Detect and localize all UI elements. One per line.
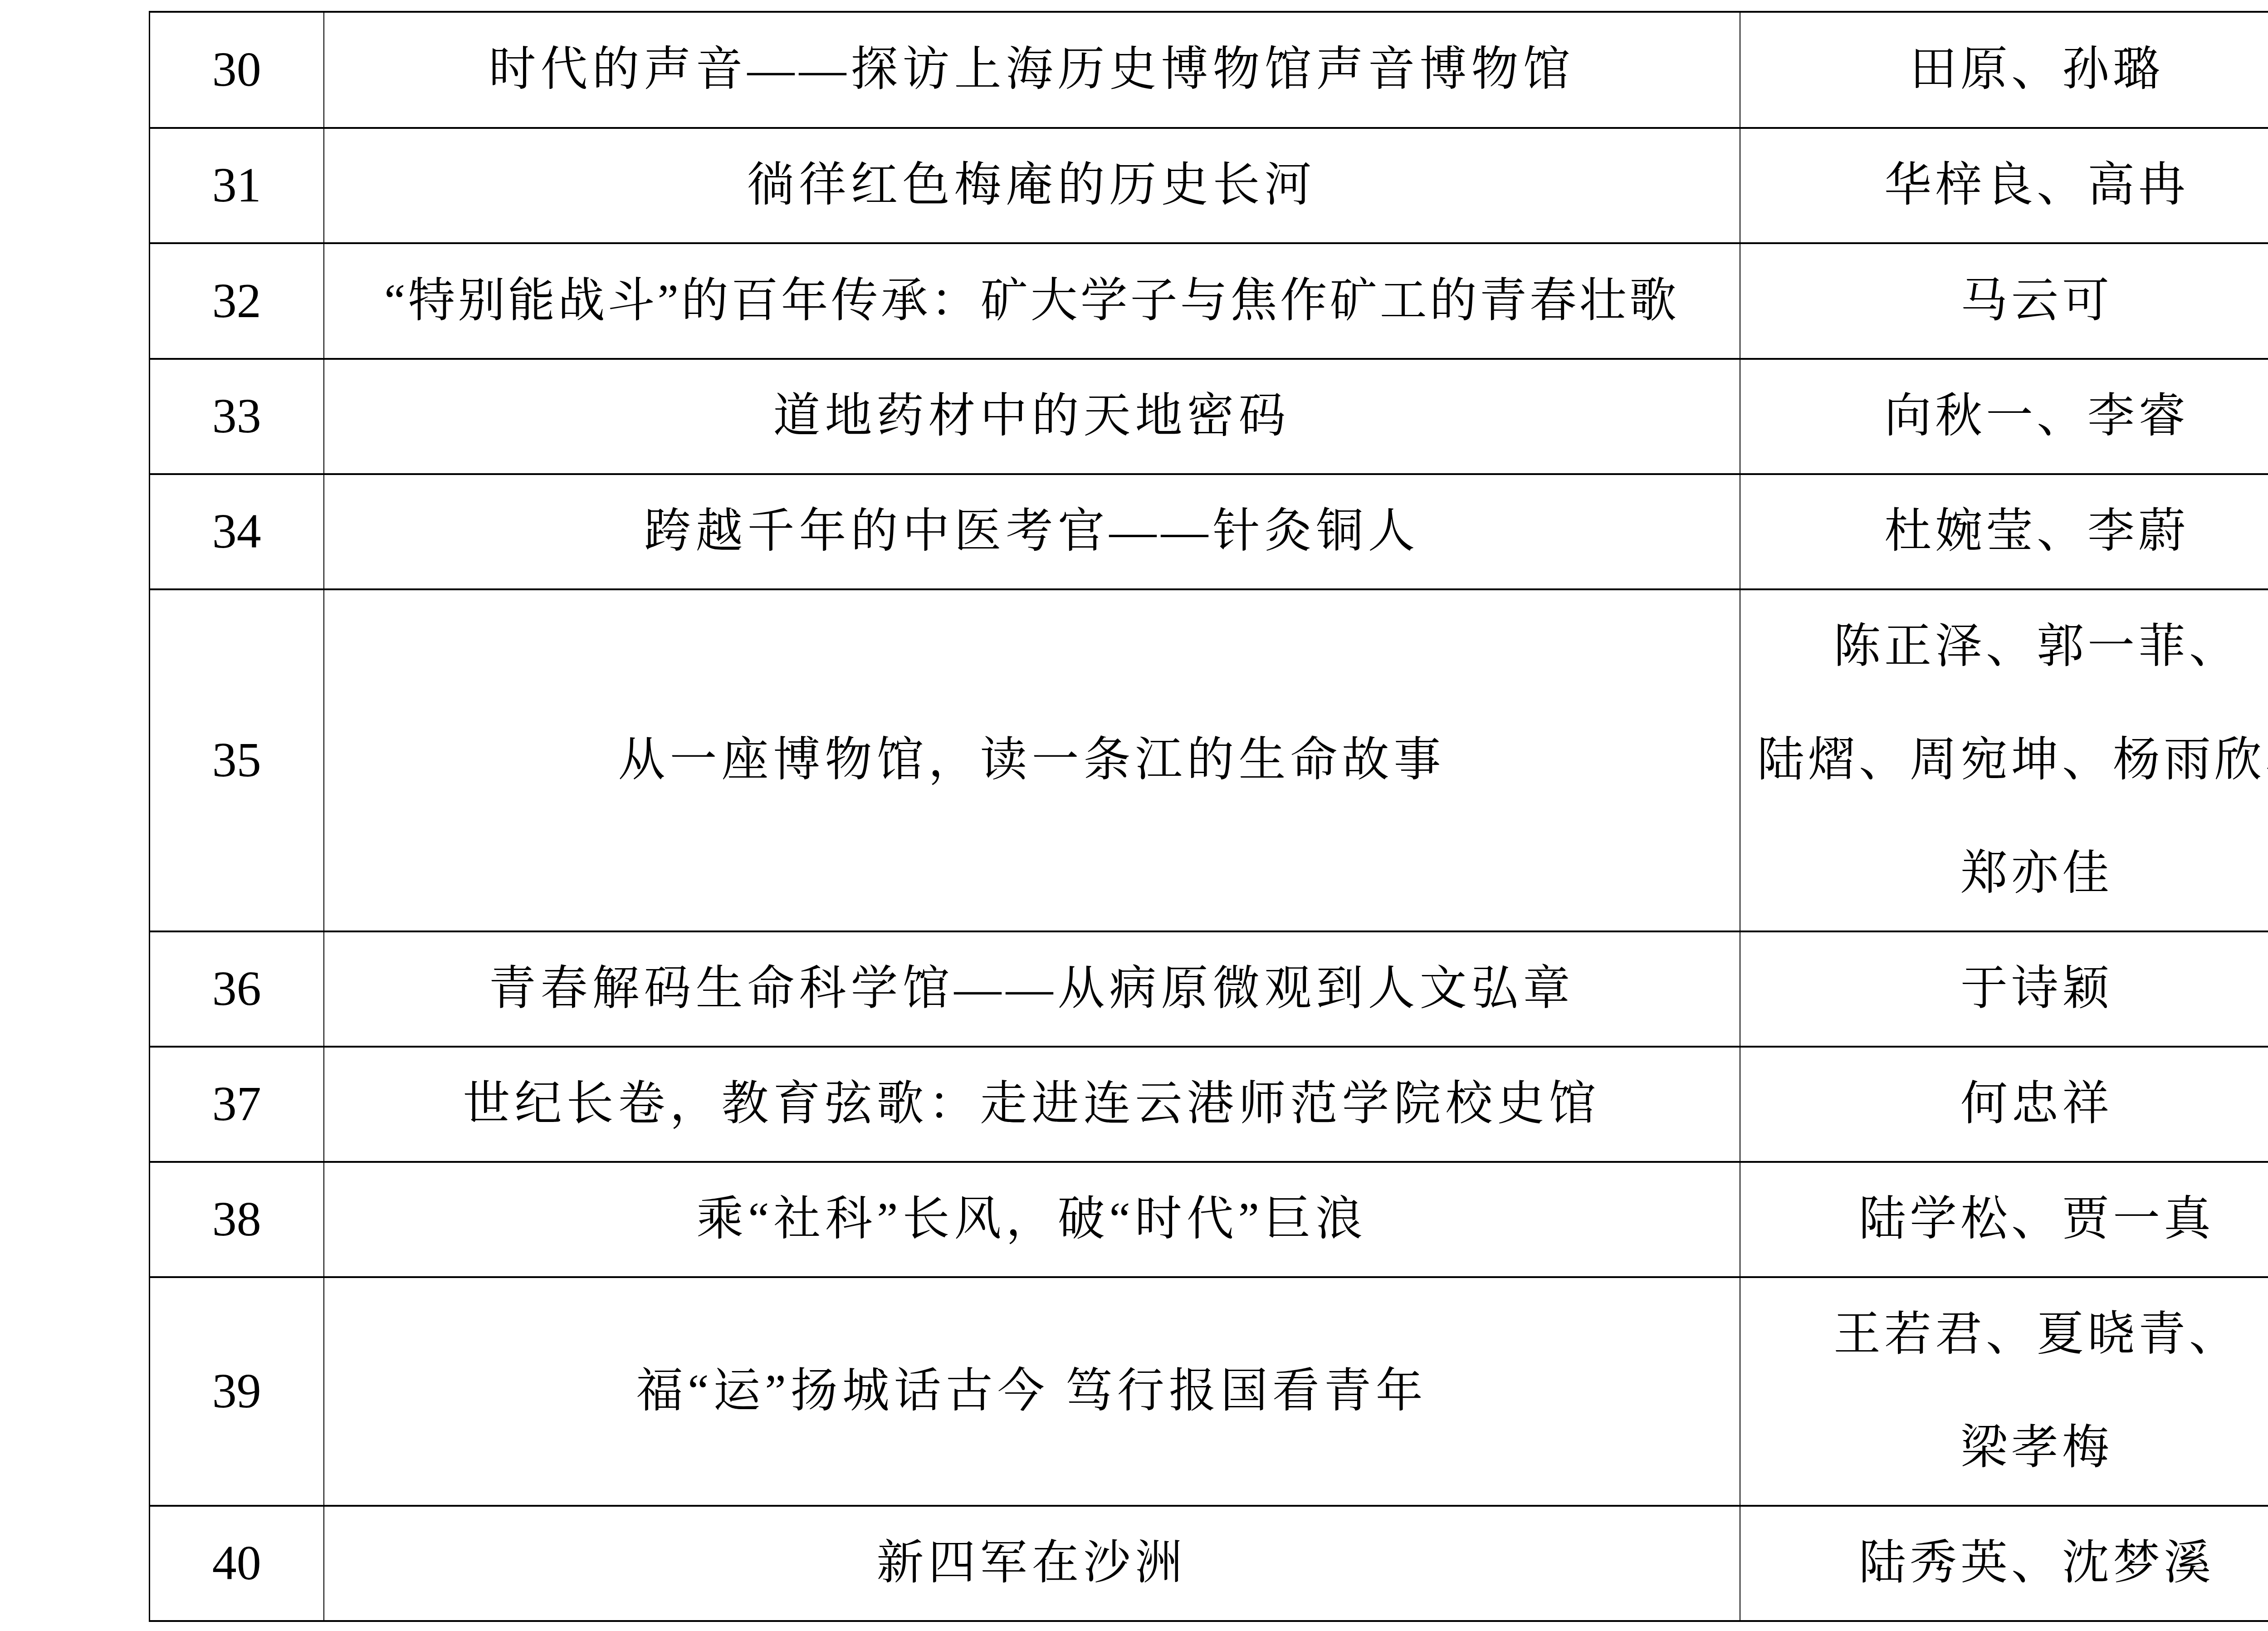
authors-line: 陆熠、周宛坤、杨雨欣、 (1740, 704, 2268, 817)
work-title: 新四军在沙洲 (324, 1506, 1740, 1621)
authors: 何忠祥 (1740, 1047, 2268, 1162)
row-number: 40 (150, 1506, 324, 1621)
row-number: 38 (150, 1162, 324, 1277)
row-number: 33 (150, 359, 324, 474)
work-title: 乘“社科”长风，破“时代”巨浪 (324, 1162, 1740, 1277)
authors: 王若君、夏晓青、 梁孝梅 (1740, 1277, 2268, 1506)
row-number: 34 (150, 474, 324, 589)
authors-line: 杜婉莹、李蔚 (1740, 475, 2268, 588)
authors-line: 郑亦佳 (1740, 817, 2268, 931)
work-title: 青春解码生命科学馆——从病原微观到人文弘章 (324, 931, 1740, 1047)
authors: 华梓良、高冉 (1740, 128, 2268, 243)
work-title: 徜徉红色梅庵的历史长河 (324, 128, 1740, 243)
authors: 杜婉莹、李蔚 (1740, 474, 2268, 589)
work-title: 世纪长卷，教育弦歌：走进连云港师范学院校史馆 (324, 1047, 1740, 1162)
row-number: 39 (150, 1277, 324, 1506)
table-row: 40 新四军在沙洲 陆秀英、沈梦溪 沙洲职业工学院 (150, 1506, 2268, 1621)
authors: 田原、孙璐 (1740, 12, 2268, 128)
authors-line: 陆学松、贾一真 (1740, 1163, 2268, 1276)
work-title: 跨越千年的中医考官——针灸铜人 (324, 474, 1740, 589)
authors-line: 王若君、夏晓青、 (1740, 1278, 2268, 1391)
authors: 陈正泽、郭一菲、 陆熠、周宛坤、杨雨欣、 郑亦佳 (1740, 589, 2268, 931)
row-number: 32 (150, 243, 324, 359)
table-row: 33 道地药材中的天地密码 向秋一、李睿 南京中医药大学 (150, 359, 2268, 474)
authors-line: 于诗颖 (1740, 932, 2268, 1046)
authors: 向秋一、李睿 (1740, 359, 2268, 474)
work-title: 福“运”扬城话古今 笃行报国看青年 (324, 1277, 1740, 1506)
table-row: 32 “特别能战斗”的百年传承：矿大学子与焦作矿工的青春壮歌 马云可 中国矿业大… (150, 243, 2268, 359)
authors-line: 华梓良、高冉 (1740, 129, 2268, 242)
table-row: 35 从一座博物馆，读一条江的生命故事 陈正泽、郭一菲、 陆熠、周宛坤、杨雨欣、… (150, 589, 2268, 931)
authors: 陆秀英、沈梦溪 (1740, 1506, 2268, 1621)
authors-line: 陈正泽、郭一菲、 (1740, 590, 2268, 704)
row-number: 37 (150, 1047, 324, 1162)
row-number: 36 (150, 931, 324, 1047)
authors: 马云可 (1740, 243, 2268, 359)
work-title: 道地药材中的天地密码 (324, 359, 1740, 474)
row-number: 31 (150, 128, 324, 243)
table-row: 31 徜徉红色梅庵的历史长河 华梓良、高冉 东南大学 (150, 128, 2268, 243)
authors-line: 马云可 (1740, 245, 2268, 358)
authors-line: 陆秀英、沈梦溪 (1740, 1507, 2268, 1620)
work-title: “特别能战斗”的百年传承：矿大学子与焦作矿工的青春壮歌 (324, 243, 1740, 359)
work-title: 时代的声音——探访上海历史博物馆声音博物馆 (324, 12, 1740, 128)
row-number: 30 (150, 12, 324, 128)
authors-line: 向秋一、李睿 (1740, 360, 2268, 473)
work-title: 从一座博物馆，读一条江的生命故事 (324, 589, 1740, 931)
authors-line: 何忠祥 (1740, 1048, 2268, 1161)
award-list-table: 30 时代的声音——探访上海历史博物馆声音博物馆 田原、孙璐 上海戏剧学院 31… (149, 11, 2268, 1622)
authors-line: 田原、孙璐 (1740, 13, 2268, 127)
row-number: 35 (150, 589, 324, 931)
table-row: 39 福“运”扬城话古今 笃行报国看青年 王若君、夏晓青、 梁孝梅 扬州职业技术… (150, 1277, 2268, 1506)
authors: 陆学松、贾一真 (1740, 1162, 2268, 1277)
table-row: 34 跨越千年的中医考官——针灸铜人 杜婉莹、李蔚 南京中医药大学 (150, 474, 2268, 589)
table-row: 38 乘“社科”长风，破“时代”巨浪 陆学松、贾一真 扬州职业技术大学 (150, 1162, 2268, 1277)
authors-line: 梁孝梅 (1740, 1391, 2268, 1505)
table-row: 37 世纪长卷，教育弦歌：走进连云港师范学院校史馆 何忠祥 连云港师范学院 (150, 1047, 2268, 1162)
authors: 于诗颖 (1740, 931, 2268, 1047)
table-row: 30 时代的声音——探访上海历史博物馆声音博物馆 田原、孙璐 上海戏剧学院 (150, 12, 2268, 128)
table-row: 36 青春解码生命科学馆——从病原微观到人文弘章 于诗颖 南京医科大学康达学院 (150, 931, 2268, 1047)
